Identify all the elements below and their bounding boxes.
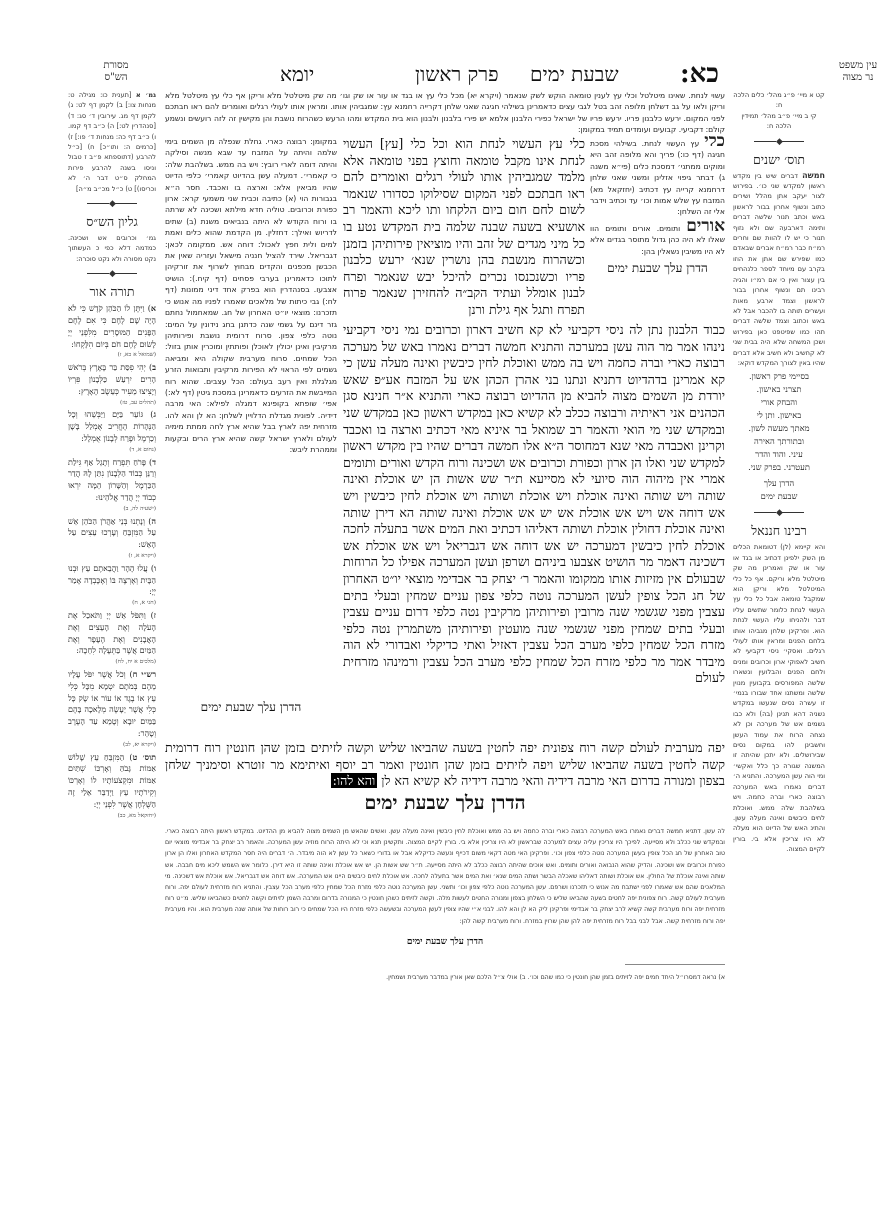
masoret-entry: [תענית כו: מגילה ט: מנחות צו:] ב) לקמן ד…	[68, 91, 156, 193]
tosafot-yeshanim-text: חמשה דברים שיש בין מקדש ראשון למקדש שני …	[733, 171, 825, 369]
ein-mishpat-header-line-2: נר מצוה	[828, 72, 888, 84]
verse-text: וַיִּתֶּן לוֹ הַכֹּהֵן קֹדֶשׁ כִּי לֹא ה…	[68, 304, 156, 348]
gemara-text-full-width: יפה מערבית לעולם קשה רוח צפונית יפה לחטי…	[165, 740, 725, 792]
gemara-highlight: והא להו:	[331, 773, 378, 788]
verse-marker: ז	[154, 610, 156, 620]
bottom-commentary: לה עשן. דתניא חמשה דברים נאמרו באש המערכ…	[165, 826, 725, 934]
masoret-header-line-2: הש"ס	[86, 72, 146, 84]
poem-line: והבחק אורי	[733, 396, 825, 409]
ornament-divider-icon: ◆	[68, 268, 156, 280]
verse-text: עֲלוּ הָהָר וַהֲבֵאתֶם עֵץ וּבְנוּ הַבָּ…	[68, 564, 156, 597]
footnotes: א) נראה דמסרו״ל היחד חמים יפה לזיתים בזמ…	[165, 972, 725, 983]
rashi-dibbur-opening: אורים	[686, 221, 725, 236]
tosafot-yeshanim-opening: חמשה	[802, 171, 825, 180]
verse-text: וְנָתְנוּ בְּנֵי אַהֲרֹן הַכֹּהֵן אֵשׁ ע…	[68, 517, 156, 550]
torah-or-verse: ד) פָּרֹחַ תִּפְרַח וְתָגֵל אַף גִּילַת …	[68, 457, 156, 516]
verse-source: (נחום א, ד)	[68, 445, 156, 457]
rabbeinu-chananel-title: רבינו חננאל	[733, 523, 825, 539]
rabbeinu-chananel-text: והא קיימא (לן) דטומאת הכלים מן השק ילפינ…	[733, 542, 825, 854]
poem-line: מאתך מעשה לשון.	[733, 422, 825, 435]
ornament-divider-icon: ◆	[68, 198, 156, 210]
poem-line: תצרני באישון.	[733, 383, 825, 396]
poem-line: תעטרני. בפרק שני.	[733, 461, 825, 474]
left-margin-column: גמ׳ א [תענית כו: מגילה ט: מנחות צו:] ב) …	[68, 90, 156, 850]
tosafot-hadran: הדרן עלך שבעת ימים	[165, 700, 337, 715]
ein-mishpat-header: עין משפט נר מצוה	[828, 60, 888, 84]
tosafot-column: במקומן: רבוצה כארי. גחלת שנפלה מן השמים …	[165, 136, 337, 740]
poem-line: בסיימי פרק ראשון.	[733, 370, 825, 383]
torah-or-verse: ה) וְנָתְנוּ בְּנֵי אַהֲרֹן הַכֹּהֵן אֵש…	[68, 516, 156, 563]
verse-source: (תהלים עב, טז)	[68, 398, 156, 410]
bottom-commentary-hadran: הדרן עלך שבעת ימים	[165, 936, 725, 947]
torah-or-rashi-verse: רש״י ח) וְכֹל אֲשֶׁר יִפֹּל עָלָיו מֵהֶם…	[68, 669, 156, 752]
verse-source: (שמואל א כא, ז)	[68, 350, 156, 362]
masoret-marker: גמ׳ א	[136, 91, 156, 99]
verse-text: וְכֹל אֲשֶׁר יִפֹּל עָלָיו מֵהֶם בְּמֹתָ…	[68, 670, 156, 738]
verse-marker: תוס׳ ט	[132, 752, 156, 762]
ornament-divider-icon: ◆	[733, 507, 825, 519]
verse-source: (ויקרא א, ז)	[68, 551, 156, 563]
gemara-text-main: כבוד הלבנון נתן לה ניסי דקביעי לא קא חשי…	[343, 322, 725, 740]
gemara-text-upper: כלי עץ העשוי לנחת הוא וכל כלי [עץ] העשוי…	[343, 136, 585, 322]
verse-marker: ו	[154, 563, 156, 573]
masoret-header-line-1: מסורת	[86, 60, 146, 72]
tosafot-yeshanim-title: תוס׳ ישנים	[733, 152, 825, 168]
verse-marker: רש״י ח	[133, 669, 156, 679]
verse-source: (חגי א, ח)	[68, 598, 156, 610]
rashi-hadran: הדרן עלך שבעת ימים	[590, 261, 725, 276]
poem-line: באישון. ותן לי	[733, 409, 825, 422]
masoret-hashas-header: מסורת הש"ס	[86, 60, 146, 84]
torah-or-verse: ז) וַתִּפֹּל אֵשׁ יְיָ וַתֹּאכַל אֶת הָע…	[68, 610, 156, 669]
verse-text: יְהִי פִסַּת בַּר בָּאָרֶץ בְּרֹאשׁ הָרִ…	[68, 363, 156, 396]
hadran-line: שבעת ימים	[733, 490, 825, 503]
right-margin-column: קט א מיי׳ פ״ג מהל׳ כלים הלכה ח: קי ב מיי…	[733, 90, 825, 890]
verse-source: (יחזקאל מא, כב)	[68, 811, 156, 823]
torah-or-tosafot-verse: תוס׳ ט) הַמִּזְבֵּחַ עֵץ שָׁלוֹשׁ אַמּוֹ…	[68, 752, 156, 823]
rashi-comment: אורים ותומים. אורים ותומים הוו שאלו לא ה…	[590, 221, 725, 257]
verse-marker: ב	[152, 362, 156, 372]
poem-line: עיני. והוד והדר	[733, 448, 825, 461]
verse-source: (מלכים א יח, לח)	[68, 657, 156, 669]
closing-poem: בסיימי פרק ראשון. תצרני באישון. והבחק או…	[733, 370, 825, 503]
ein-mishpat-entry: קי ב מיי׳ פ״ב מהל׳ תמידין הלכה ח:	[733, 111, 825, 132]
rashi-comment: כלי עץ העשוי לנחת. בשילהי מסכת חגיגה (דף…	[590, 136, 725, 218]
ein-mishpat-header-line-1: עין משפט	[828, 60, 888, 72]
tosafot-top-block: עשוי לנחת. שאינו מיטלטל וכלי עץ לענין טו…	[165, 90, 725, 136]
torah-or-verse: א) וַיִּתֶּן לוֹ הַכֹּהֵן קֹדֶשׁ כִּי לֹ…	[68, 303, 156, 362]
ornament-divider-icon: ◆	[733, 136, 825, 148]
verse-source: (ויקרא יא, לב)	[68, 740, 156, 752]
torah-or-verse: ו) עֲלוּ הָהָר וַהֲבֵאתֶם עֵץ וּבְנוּ הַ…	[68, 563, 156, 610]
rashi-comment-text: עץ העשוי לנחת. בשילהי מסכת חגיגה (דף כו:…	[590, 139, 725, 216]
rashi-column: כלי עץ העשוי לנחת. בשילהי מסכת חגיגה (דף…	[590, 136, 725, 322]
gemara-hadran: הדרן עלך שבעת ימים	[165, 792, 725, 815]
gemara-full-width-text: יפה מערבית לעולם קשה רוח צפונית יפה לחטי…	[165, 740, 725, 788]
verse-marker: א	[151, 303, 156, 313]
torah-or-verse: ג) גּוֹעֵר בַּיָּם וַיַּבְּשֵׁהוּ וְכָל …	[68, 409, 156, 456]
masoret-hashas-text: גמ׳ א [תענית כו: מגילה ט: מנחות צו:] ב) …	[68, 90, 156, 194]
verse-text: פָּרֹחַ תִּפְרַח וְתָגֵל אַף גִּילַת וְר…	[68, 458, 156, 502]
ein-mishpat-entry: קט א מיי׳ פ״ג מהל׳ כלים הלכה ח:	[733, 90, 825, 111]
verse-marker: ג	[153, 409, 156, 419]
torah-or-title: תורה אור	[68, 284, 156, 300]
verse-text: גּוֹעֵר בַּיָּם וַיַּבְּשֵׁהוּ וְכָל הַנ…	[68, 410, 156, 443]
chapter-name: שבעת ימים	[530, 62, 619, 86]
gilyon-hashas-text: גמ׳ וכרובים אש ושכינה. כמדמה דלא כפי כ ה…	[68, 233, 156, 264]
tosafot-yeshanim-body: דברים שיש בין מקדש ראשון למקדש שני כו׳. …	[733, 172, 825, 367]
verse-marker: ד	[152, 457, 156, 467]
hadran-line: הדרן עלך	[733, 477, 825, 490]
rashi-dibbur-opening: כלי	[704, 136, 725, 151]
footnote-rule	[625, 964, 725, 965]
chapter-number: פרק ראשון	[415, 62, 499, 86]
torah-or-verse: ב) יְהִי פִסַּת בַּר בָּאָרֶץ בְּרֹאשׁ ה…	[68, 362, 156, 409]
verse-marker: ה	[151, 516, 156, 526]
verse-source: (ישעיה לה, ב)	[68, 504, 156, 516]
verse-text: וַתִּפֹּל אֵשׁ יְיָ וַתֹּאכַל אֶת הָעֹלָ…	[68, 611, 156, 655]
folio-number: כא:	[680, 60, 719, 88]
tractate-name: יומא	[280, 62, 314, 86]
gilyon-hashas-title: גליון הש״ס	[68, 214, 156, 230]
poem-line: ובתורתך האירה	[733, 435, 825, 448]
